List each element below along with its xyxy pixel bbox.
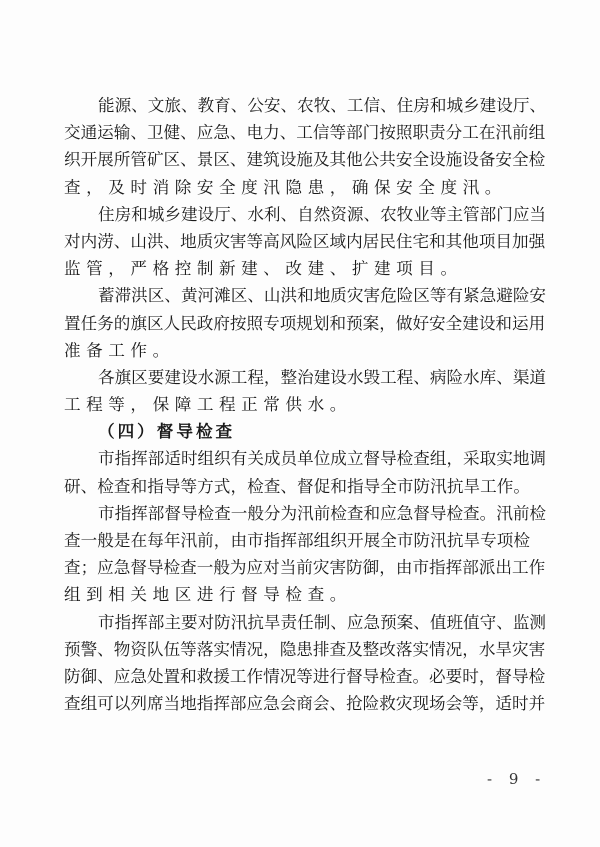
text-line: 市指挥部主要对防汛抗旱责任制、应急预案、值班值守、监测: [64, 609, 530, 636]
text-line: 能源、文旅、教育、公安、农牧、工信、住房和城乡建设厅、: [64, 92, 530, 119]
paragraph-7: 市指挥部主要对防汛抗旱责任制、应急预案、值班值守、监测 预警、物资队伍等落实情况…: [64, 609, 534, 718]
text-line: 监管，严格控制新建、改建、扩建项目。: [64, 255, 530, 282]
page-number: - 9 -: [487, 770, 546, 788]
text-line: 市指挥部适时组织有关成员单位成立督导检查组，采取实地调: [64, 445, 530, 472]
paragraph-2: 住房和城乡建设厅、水利、自然资源、农牧业等主管部门应当 对内涝、山洪、地质灾害等…: [64, 201, 534, 283]
paragraph-3: 蓄滞洪区、黄河滩区、山洪和地质灾害危险区等有紧急避险安 置任务的旗区人民政府按照…: [64, 282, 534, 364]
text-line: 住房和城乡建设厅、水利、自然资源、农牧业等主管部门应当: [64, 201, 530, 228]
text-line: 对内涝、山洪、地质灾害等高风险区域内居民住宅和其他项目加强: [64, 228, 530, 255]
text-line: 织开展所管矿区、景区、建筑设施及其他公共安全设施设备安全检: [64, 146, 530, 173]
text-line: 查组可以列席当地指挥部应急会商会、抢险救灾现场会等，适时并: [64, 690, 530, 717]
section-heading-text: （四）督导检查: [64, 418, 564, 445]
paragraph-5: 市指挥部适时组织有关成员单位成立督导检查组，采取实地调 研、检查和指导等方式，检…: [64, 445, 534, 499]
text-line: 交通运输、卫健、应急、电力、工信等部门按照职责分工在汛前组: [64, 119, 530, 146]
text-line: 各旗区要建设水源工程，整治建设水毁工程、病险水库、渠道: [64, 364, 530, 391]
text-line: 蓄滞洪区、黄河滩区、山洪和地质灾害危险区等有紧急避险安: [64, 282, 530, 309]
paragraph-1: 能源、文旅、教育、公安、农牧、工信、住房和城乡建设厅、 交通运输、卫健、应急、电…: [64, 92, 534, 201]
document-body: 能源、文旅、教育、公安、农牧、工信、住房和城乡建设厅、 交通运输、卫健、应急、电…: [64, 92, 534, 717]
text-line: 准备工作。: [64, 337, 530, 364]
text-line: 市指挥部督导检查一般分为汛前检查和应急督导检查。汛前检: [64, 500, 530, 527]
text-line: 置任务的旗区人民政府按照专项规划和预案，做好安全建设和运用: [64, 310, 530, 337]
text-line: 查，及时消除安全度汛隐患，确保安全度汛。: [64, 174, 530, 201]
text-line: 组到相关地区进行督导检查。: [64, 581, 530, 608]
document-page: 能源、文旅、教育、公安、农牧、工信、住房和城乡建设厅、 交通运输、卫健、应急、电…: [0, 0, 600, 847]
paragraph-6: 市指挥部督导检查一般分为汛前检查和应急督导检查。汛前检 查一般是在每年汛前，由市…: [64, 500, 534, 609]
text-line: 工程等，保障工程正常供水。: [64, 391, 530, 418]
text-line: 防御、应急处置和救援工作情况等进行督导检查。必要时，督导检: [64, 663, 530, 690]
section-heading: （四）督导检查: [64, 418, 534, 445]
text-line: 查；应急督导检查一般为应对当前灾害防御，由市指挥部派出工作: [64, 554, 530, 581]
paragraph-4: 各旗区要建设水源工程，整治建设水毁工程、病险水库、渠道 工程等，保障工程正常供水…: [64, 364, 534, 418]
text-line: 研、检查和指导等方式，检查、督促和指导全市防汛抗旱工作。: [64, 473, 530, 500]
text-line: 预警、物资队伍等落实情况，隐患排查及整改落实情况，水旱灾害: [64, 636, 530, 663]
text-line: 查一般是在每年汛前，由市指挥部组织开展全市防汛抗旱专项检: [64, 527, 530, 554]
